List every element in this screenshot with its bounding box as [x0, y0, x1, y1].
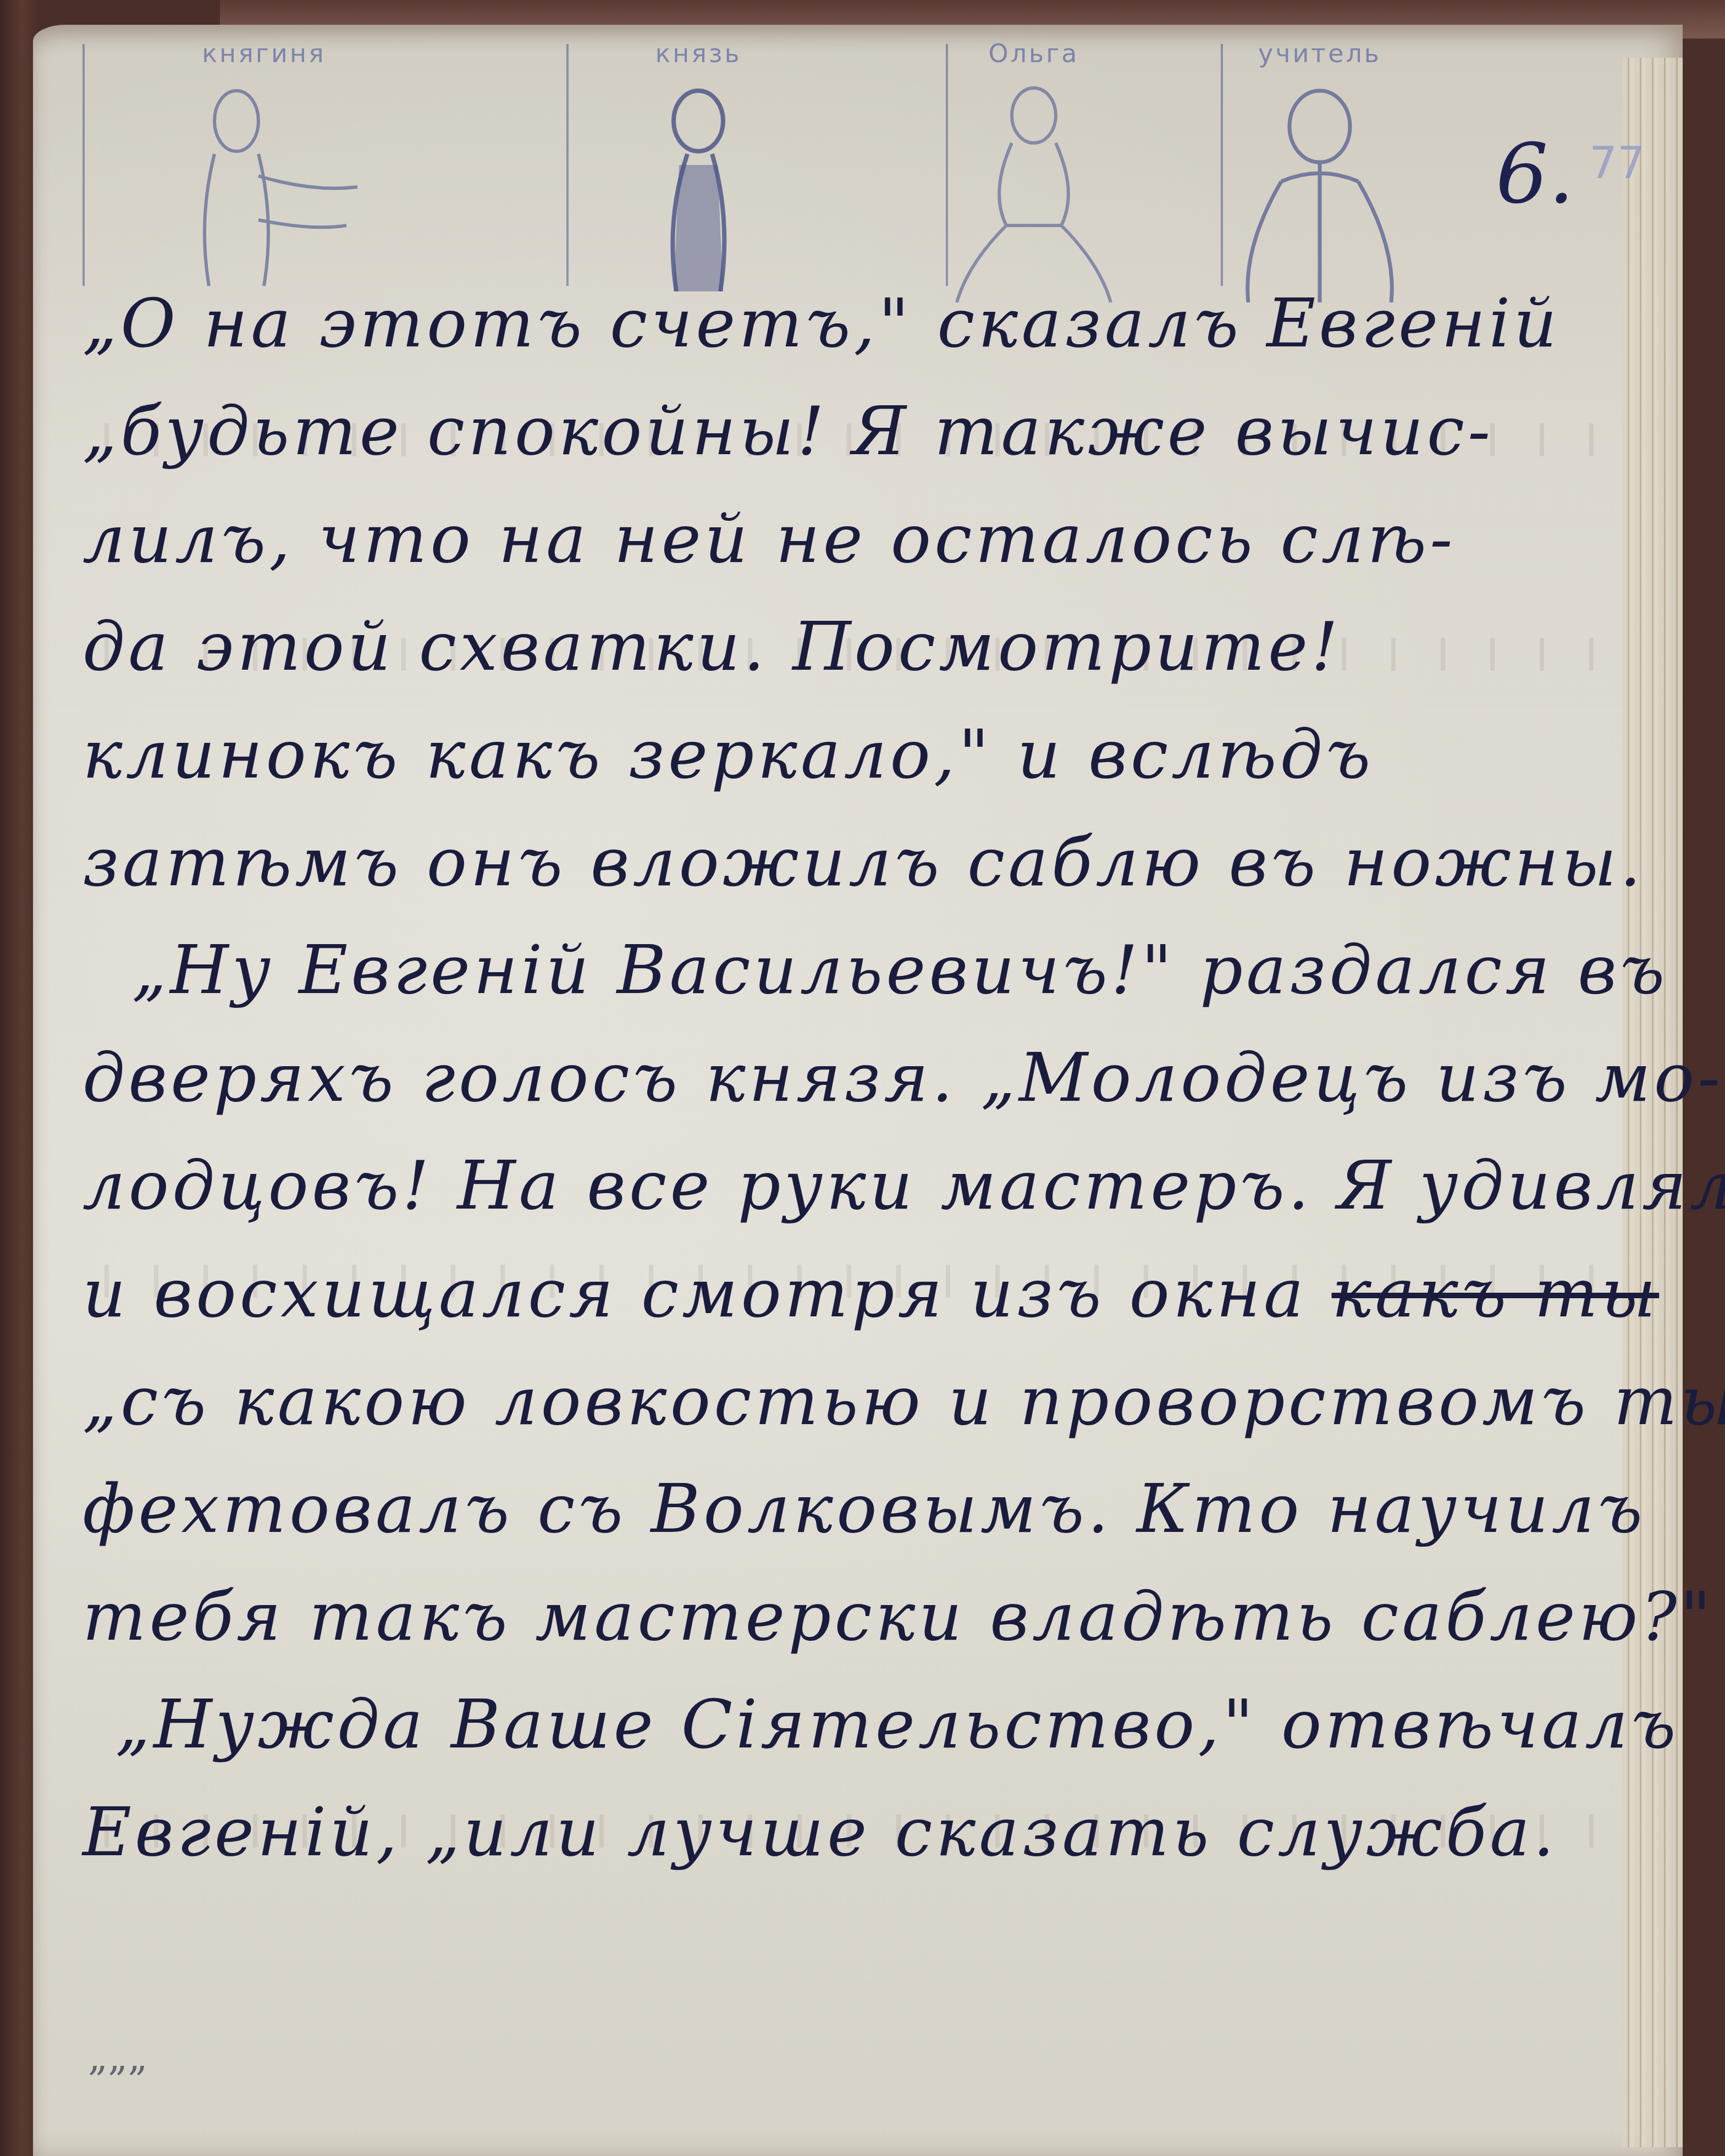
sketch-label: Ольга — [902, 38, 1166, 68]
text-line: да этой схватки. Посмотрите! — [82, 593, 1650, 701]
text-line: „Нужда Ваше Сіятельство," отвѣчалъ — [82, 1670, 1650, 1778]
struck-out-text: какъ ты — [1332, 1254, 1660, 1332]
text-line: затѣмъ онъ вложилъ саблю въ ножны. — [82, 808, 1650, 916]
text-line: клинокъ какъ зеркало," и вслѣдъ — [82, 701, 1650, 808]
pencil-folio-number: 77 — [1589, 137, 1645, 189]
character-sketches: княгиня князь Ольга — [77, 22, 1507, 286]
margin-quote-marks: „„„ — [88, 2034, 148, 2080]
text-line-with-strikethrough: и восхищался смотря изъ окна какъ ты — [82, 1239, 1650, 1347]
sketch-olga: Ольга — [902, 22, 1166, 297]
sketch-princess: княгиня — [132, 22, 396, 297]
text-line: тебя такъ мастерски владѣть саблею?" — [82, 1563, 1650, 1670]
text-line: „Ну Евгеній Васильевичъ!" раздался въ — [82, 916, 1650, 1024]
handwritten-text: „О на этотъ счетъ," сказалъ Евгеній „буд… — [82, 269, 1650, 1886]
sketch-prince: князь — [566, 22, 830, 297]
sketch-label: учитель — [1188, 38, 1452, 68]
text-line: лодцовъ! На все руки мастеръ. Я удивлялс… — [82, 1132, 1650, 1239]
sketch-label: князь — [566, 38, 830, 68]
figure-drawing-icon — [616, 82, 781, 291]
text-line: фехтовалъ съ Волковымъ. Кто научилъ — [82, 1455, 1650, 1563]
text-line: лилъ, что на ней не осталось слѣ- — [82, 485, 1650, 593]
text-line: „О на этотъ счетъ," сказалъ Евгеній — [82, 269, 1650, 377]
text-line: дверяхъ голосъ князя. „Молодецъ изъ мо- — [82, 1024, 1650, 1132]
sketch-divider — [82, 44, 85, 286]
text-line: „будьте спокойны! Я также вычис- — [82, 377, 1650, 485]
sketch-label: княгиня — [132, 38, 396, 68]
text-line: „съ какою ловкостью и проворствомъ ты — [82, 1347, 1650, 1455]
text-line: Евгеній, „или лучше сказать служба. — [82, 1778, 1650, 1886]
sketch-teacher: учитель — [1188, 22, 1452, 297]
page-number: 6. — [1496, 126, 1574, 222]
book-photo: княгиня князь Ольга — [0, 0, 1725, 2156]
figure-drawing-icon — [148, 82, 379, 291]
text-segment: и восхищался смотря изъ окна — [82, 1254, 1307, 1332]
